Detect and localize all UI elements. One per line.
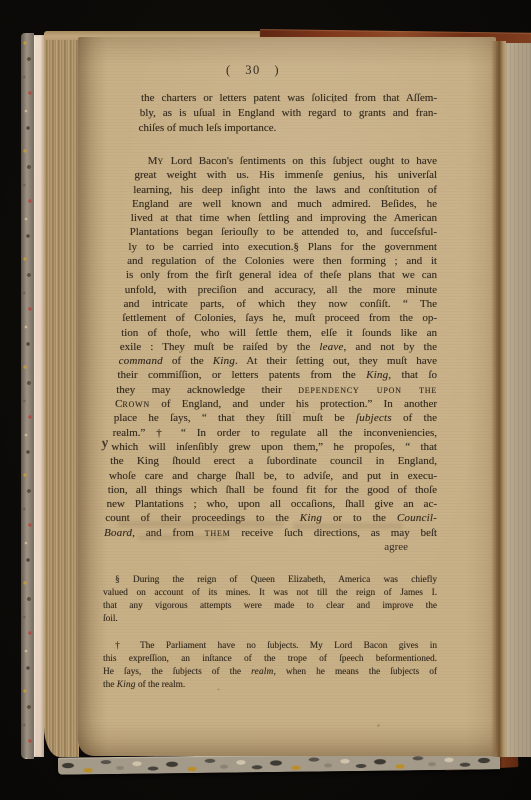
paragraph: My Lord Bacon's ſentiments on this ſubje… — [103, 154, 437, 540]
text-line: ſettlement of Colonies, ſays he, muſt pr… — [122, 311, 437, 325]
text-line: is only from the firſt general idea of t… — [126, 268, 437, 282]
text-line: ſoil. — [103, 613, 437, 626]
text-line: lived at that time when ſettling and imp… — [131, 211, 437, 225]
text-line: † The Parliament have no ſubjects. My Lo… — [115, 640, 437, 653]
text-line: their commiſſion, or letters patents fro… — [117, 368, 437, 382]
text-line: they may acknowledge their dependency up… — [116, 383, 437, 397]
text-line: whoſe care and charge ſhall be, to adviſ… — [109, 469, 437, 483]
text-line: the King of the realm. — [103, 679, 437, 692]
footnote: † The Parliament have no ſubjects. My Lo… — [103, 640, 437, 692]
text-line: § During the reign of Queen Elizabeth, A… — [115, 574, 437, 587]
ink-show-through — [138, 535, 228, 540]
text-line: exile : They muſt be raiſed by the leave… — [120, 340, 437, 354]
text-line: and intricate parts, of which they now c… — [124, 297, 438, 311]
text-line: bly, as is uſual in England with regard … — [140, 106, 437, 121]
page-fold-crease — [491, 41, 506, 757]
text-line: Crown of England, and under his protecti… — [115, 397, 437, 411]
text-line: ly to be carried into execution.§ Plans … — [128, 240, 437, 254]
text-line: My Lord Bacon's ſentiments on this ſubje… — [148, 154, 437, 168]
paragraph: the charters or letters patent was ſolic… — [103, 91, 437, 136]
page-number: ( 30 ) — [168, 63, 338, 78]
endpaper-edge — [34, 35, 44, 757]
text-line: place he ſays, “ that they ſtill muſt be… — [114, 411, 437, 425]
foxing-specks — [78, 37, 79, 38]
page-edges-stack-left — [44, 33, 79, 757]
text-line: the King ſhould erect a ſubordinate coun… — [110, 454, 437, 468]
book-page: ( 30 ) the charters or letters patent wa… — [78, 37, 496, 756]
ink-show-through — [118, 521, 283, 527]
text-line: chiſes of much leſs importance. — [139, 121, 438, 136]
text-line: and regulation of the Colonies were then… — [127, 254, 437, 268]
text-line: learning, his deep inſight into the laws… — [133, 183, 437, 197]
text-line: command of the King. At their ſetting ou… — [119, 354, 437, 368]
marbled-cover-edge-left — [21, 33, 34, 759]
text-line: tion of thoſe, who will ſettle them, elſ… — [121, 326, 437, 340]
fore-edge-strip-right — [506, 43, 531, 757]
ink-show-through — [293, 523, 403, 529]
text-line: this expreſſion, an inſtance of the trop… — [103, 653, 437, 666]
catchword: agree — [103, 540, 437, 554]
text-line: realm.” † “ In order to regulate all the… — [113, 426, 437, 440]
text-column: the charters or letters patent was ſolic… — [103, 91, 437, 692]
text-line: valued on account of its mines. It was n… — [103, 587, 437, 600]
text-line: new Plantations ; who, upon all occaſion… — [107, 497, 438, 511]
text-line: which will inſenſibly grew upon them,” h… — [111, 440, 437, 454]
text-line: tion, all things which ſhall be found fi… — [108, 483, 437, 497]
text-line: the charters or letters patent was ſolic… — [141, 91, 437, 106]
footnote: § During the reign of Queen Elizabeth, A… — [103, 574, 437, 626]
text-line: great weight with us. His immenſe genius… — [134, 168, 437, 182]
text-line: England are well known and much admired.… — [132, 197, 437, 211]
text-line: that any vigorous attempts were made to … — [103, 600, 437, 613]
book-photo-scene: ( 30 ) the charters or letters patent wa… — [0, 0, 531, 800]
text-line: Plantations began ſeriouſly to be attend… — [130, 225, 437, 239]
text-line: He ſays, the ſubjects of the realm, when… — [103, 666, 437, 679]
text-line: unfold, with preciſion and accuracy, all… — [125, 283, 437, 297]
